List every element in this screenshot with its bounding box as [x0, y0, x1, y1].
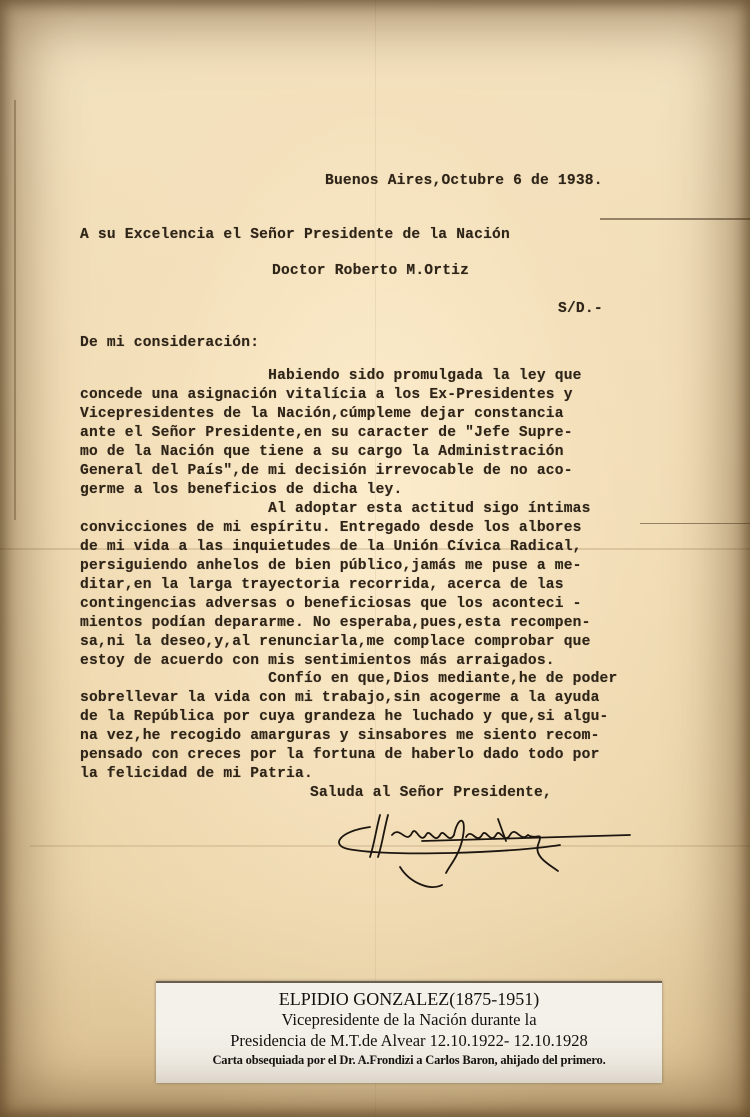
sd-mark: S/D.-	[558, 300, 603, 319]
letter-line: la felicidad de mi Patria.	[80, 765, 710, 784]
letter-line: na vez,he recogido amarguras y sinsabore…	[80, 727, 710, 746]
letter-line: Vicepresidentes de la Nación,cúmpleme de…	[80, 405, 710, 424]
date-line: Buenos Aires,Octubre 6 de 1938.	[325, 172, 603, 191]
letter-line: ditar,en la larga trayectoria recorrida,…	[80, 576, 710, 595]
letter-line: Al adoptar esta actitud sigo íntimas	[80, 500, 710, 519]
letter-line: mo de la Nación que tiene a su cargo la …	[80, 443, 710, 462]
letter-line: Habiendo sido promulgada la ley que	[80, 367, 710, 386]
letter-line: convicciones de mi espíritu. Entregado d…	[80, 519, 710, 538]
letter-line: contingencias adversas o beneficiosas qu…	[80, 595, 710, 614]
handwritten-signature-icon	[330, 805, 650, 895]
caption-line-4: Carta obsequiada por el Dr. A.Frondizi a…	[156, 1051, 662, 1069]
letter-line: estoy de acuerdo con mis sentimientos má…	[80, 652, 710, 671]
letter-line: sa,ni la deseo,y,al renunciarla,me compl…	[80, 633, 710, 652]
letter-line: persiguiendo anhelos de bien público,jam…	[80, 557, 710, 576]
letter-line: de mi vida a las inquietudes de la Unión…	[80, 538, 710, 557]
paragraph-3: Confío en que,Dios mediante,he de poders…	[80, 670, 710, 784]
ruled-mark	[600, 218, 750, 220]
letter-line: mientos podían depararme. No esperaba,pu…	[80, 614, 710, 633]
caption-title: ELPIDIO GONZALEZ(1875-1951)	[156, 988, 662, 1010]
caption-label: ELPIDIO GONZALEZ(1875-1951) Vicepresiden…	[156, 981, 662, 1083]
salutation: De mi consideración:	[80, 334, 259, 353]
letter-line: Confío en que,Dios mediante,he de poder	[80, 670, 710, 689]
addressee-line-2: Doctor Roberto M.Ortiz	[272, 262, 469, 281]
closing-line: Saluda al Señor Presidente,	[310, 784, 552, 803]
letter-line: germe a los beneficios de dicha ley.	[80, 481, 710, 500]
addressee-line-1: A su Excelencia el Señor Presidente de l…	[80, 226, 510, 245]
letter-line: concede una asignación vitalícia a los E…	[80, 386, 710, 405]
letter-line: pensado con creces por la fortuna de hab…	[80, 746, 710, 765]
paragraph-2: Al adoptar esta actitud sigo íntimasconv…	[80, 500, 710, 671]
caption-line-3: Presidencia de M.T.de Alvear 12.10.1922-…	[156, 1030, 662, 1051]
letter-line: de la República por cuya grandeza he luc…	[80, 708, 710, 727]
caption-line-2: Vicepresidente de la Nación durante la	[156, 1010, 662, 1030]
letter-line: General del País",de mi decisión irrevoc…	[80, 462, 710, 481]
paragraph-1: Habiendo sido promulgada la ley queconce…	[80, 367, 710, 500]
letter-line: ante el Señor Presidente,en su caracter …	[80, 424, 710, 443]
letter-line: sobrellevar la vida con mi trabajo,sin a…	[80, 689, 710, 708]
paper-crease-left	[14, 100, 16, 520]
